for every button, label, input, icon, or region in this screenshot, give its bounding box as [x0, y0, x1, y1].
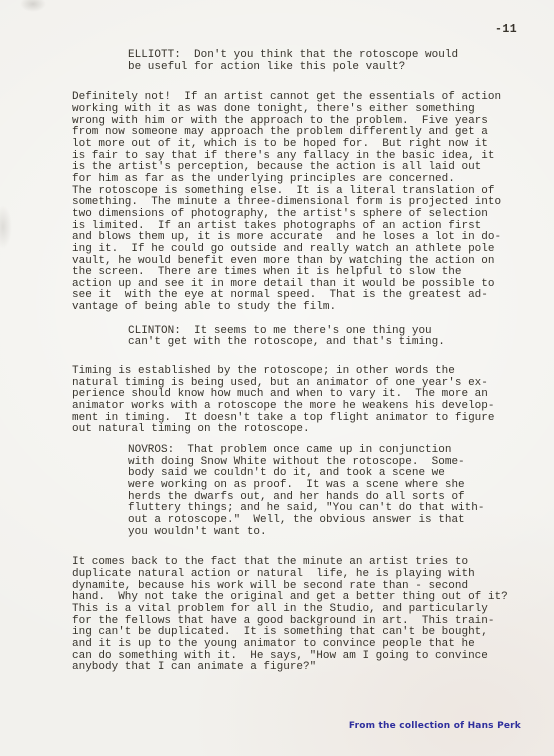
- answer-paragraph-3: It comes back to the fact that the minut…: [72, 557, 532, 674]
- dialogue-block-novros: NOVROS: That problem once came up in con…: [128, 445, 532, 538]
- answer-paragraph-1: Definitely not! If an artist cannot get …: [72, 92, 532, 313]
- scan-smudge: [20, 0, 46, 12]
- answer-paragraph-2: Timing is established by the rotoscope; …: [72, 366, 532, 436]
- transcript-content: ELLIOTT: Don't you think that the rotosc…: [72, 50, 532, 674]
- dialogue-block-clinton: CLINTON: It seems to me there's one thin…: [128, 326, 532, 349]
- scan-smudge: [0, 205, 12, 249]
- dialogue-block-elliott: ELLIOTT: Don't you think that the rotosc…: [128, 50, 532, 73]
- collection-credit: From the collection of Hans Perk: [349, 721, 521, 731]
- document-page: -11 ELLIOTT: Don't you think that the ro…: [0, 0, 554, 756]
- page-number: -11: [495, 23, 517, 36]
